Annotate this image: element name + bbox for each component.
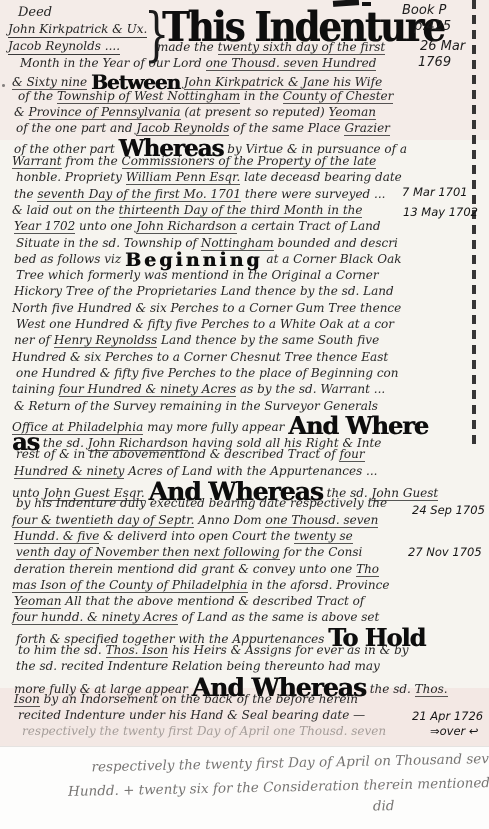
body-line: & laid out on the thirteenth Day of the … xyxy=(12,202,464,218)
body-line: made the twenty sixth day of the first xyxy=(157,39,464,55)
body-line: of the one part and Jacob Reynolds of th… xyxy=(16,120,464,136)
body-line: one Hundred & fifty five Perches to the … xyxy=(16,365,464,381)
body-line: Tree which formerly was mentiond in the … xyxy=(16,267,464,283)
body-line: taining four Hundred & ninety Acres as b… xyxy=(12,381,464,397)
body-line: to him the sd. Thos. Ison his Heirs & As… xyxy=(18,642,464,658)
body-line: of the Township of West Nottingham in th… xyxy=(18,88,464,104)
body-line: West one Hundred & fifty five Perches to… xyxy=(16,316,464,332)
body-line: rest of & in the abovementiond & describ… xyxy=(16,446,464,462)
pencil-annotation: respectively the twenty first Day of Apr… xyxy=(67,748,438,822)
docket-grantor: John Kirkpatrick & Ux. xyxy=(8,21,147,38)
body-line: honble. Propriety William Penn Esqr. lat… xyxy=(16,169,464,185)
body-line: Hundred & six Perches to a Corner Chesnu… xyxy=(12,349,464,365)
deed-document-page: Deed John Kirkpatrick & Ux. Jacob Reynol… xyxy=(0,0,489,829)
body-line: mas Ison of the County of Philadelphia i… xyxy=(12,577,464,593)
body-line: Year 1702 unto one John Richardson a cer… xyxy=(14,218,464,234)
body-line: venth day of November then next followin… xyxy=(16,544,464,560)
body-line: the seventh Day of the first Mo. 1701 th… xyxy=(14,186,464,202)
body-line: Month in the Year of our Lord one Thousd… xyxy=(20,55,464,71)
body-line: & Sixty nine Between John Kirkpatrick & … xyxy=(12,72,464,88)
body-line: Yeoman All that the above mentiond & des… xyxy=(14,593,464,609)
body-line: deration therein mentiond did grant & co… xyxy=(14,561,464,577)
body-line: of the other part Whereas by Virtue & in… xyxy=(14,137,464,153)
body-line: North five Hundred & six Perches to a Co… xyxy=(12,300,464,316)
body-line: ner of Henry Reynoldss Land thence by th… xyxy=(14,332,464,348)
body-line: Hundd. & five & deliverd into open Court… xyxy=(14,528,464,544)
body-line: & Province of Pennsylvania (at present s… xyxy=(14,104,464,120)
body-line: more fully & at large appear And Whereas… xyxy=(14,675,464,691)
body-line: Office at Philadelphia may more fully ap… xyxy=(12,414,464,430)
book-ref-line: Book P xyxy=(402,3,486,19)
body-line: respectively the twenty first Day of Apr… xyxy=(22,723,464,739)
body-line: bed as follows viz Beginning at a Corner… xyxy=(14,251,464,267)
body-line: Hickory Tree of the Proprietaries Land t… xyxy=(14,283,464,299)
body-text: made the twenty sixth day of the firstMo… xyxy=(12,39,464,740)
body-line: recited Indenture under his Hand & Seal … xyxy=(18,707,464,723)
docket-label: Deed xyxy=(18,5,150,21)
body-line: forth & specified together with the Appu… xyxy=(16,626,464,642)
body-line: unto John Guest Esqr. And Whereas the sd… xyxy=(12,479,464,495)
body-line: four & twentieth day of Septr. Anno Dom … xyxy=(12,512,464,528)
ink-speck xyxy=(2,84,5,87)
book-ref-page: p.425 xyxy=(414,19,486,35)
